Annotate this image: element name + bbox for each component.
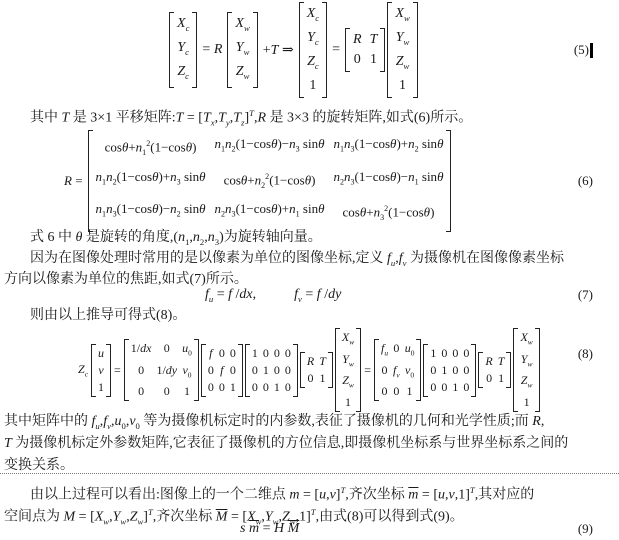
- document-page[interactable]: XcYcZc = R XwYwZw +T ⇒ XcYcZc1 = RT01 Xw…: [0, 0, 619, 540]
- matrix-cells: 100001000010: [250, 344, 293, 397]
- equals-operator: =: [332, 42, 340, 58]
- matrix-cells: XwYwZw1: [518, 328, 534, 411]
- matrix-intrinsic-f: fu0u00fvv0001: [374, 339, 421, 401]
- matrix-rotation: cosθ+n12(1−cosθ)n1n2(1−cosθ)−n3 sinθn1n3…: [88, 130, 452, 233]
- right-bracket: [293, 344, 298, 397]
- equation-7: fu = f /dx, fv = f /dy (7): [0, 285, 619, 305]
- matrix-rt-block: RT01: [300, 352, 333, 388]
- matrix-rt-block: RT01: [478, 352, 511, 388]
- right-bracket: [506, 352, 511, 388]
- matrix-camera-xyz: XcYcZc: [169, 12, 197, 87]
- matrix-cells: RT01: [483, 352, 506, 388]
- matrix-cells: RT01: [305, 352, 328, 388]
- dotted-separator: [0, 473, 619, 474]
- matrix-cells: f000f0001: [206, 344, 238, 397]
- right-bracket: [194, 339, 199, 401]
- equals-operator: =: [364, 363, 371, 378]
- matrix-cells: XwYwZw1: [392, 2, 412, 97]
- equation-6: R = cosθ+n12(1−cosθ)n1n2(1−cosθ)−n3 sinθ…: [0, 138, 619, 224]
- equals-r-operator: = R: [202, 42, 222, 58]
- paragraph-intrinsic-params-line2: T 为摄像机标定外参数矩阵,它表征了摄像机的方位信息,即摄像机坐标系与世界坐标系…: [0, 433, 619, 454]
- equation-5: XcYcZc = R XwYwZw +T ⇒ XcYcZc1 = RT01 Xw…: [0, 2, 619, 98]
- equation-number-8: (8): [578, 346, 593, 362]
- right-bracket: [328, 352, 333, 388]
- paragraph-derivation: 则由以上推导可得式(8)。: [0, 305, 619, 326]
- equation-8: Zc uv1 = 1/dx0u001/dyv0001 f000f0001 100…: [0, 326, 619, 414]
- matrix-cells: uv1: [96, 344, 106, 397]
- matrix-focal: f000f0001: [201, 344, 243, 397]
- matrix-cells: XcYcZc: [174, 12, 192, 87]
- equation-number-9: (9): [578, 521, 593, 537]
- fv-definition: fv = f /dy: [294, 287, 341, 304]
- matrix-cells: 1/dx0u001/dyv0001: [129, 339, 194, 401]
- equals-operator: =: [114, 363, 121, 378]
- matrix-intrinsic-dx: 1/dx0u001/dyv0001: [124, 339, 199, 401]
- matrix-world-homogeneous: XwYwZw1: [387, 2, 417, 97]
- matrix-projection: 100001000010: [423, 344, 476, 397]
- matrix-cells: RT01: [350, 28, 380, 72]
- right-bracket: [238, 344, 243, 397]
- matrix-rt-block: RT01: [345, 28, 385, 72]
- right-bracket: [356, 328, 361, 411]
- matrix-cells: XcYcZc1: [304, 2, 322, 97]
- right-bracket: [413, 2, 418, 97]
- right-bracket: [322, 2, 327, 97]
- text-cursor: [590, 43, 593, 58]
- matrix-uv1: uv1: [91, 344, 111, 397]
- right-bracket: [192, 12, 197, 87]
- matrix-projection: 100001000010: [245, 344, 298, 397]
- zc-scalar: Zc: [78, 362, 88, 378]
- matrix-world-xyz: XwYwZw: [227, 12, 257, 87]
- equation-number-7: (7): [578, 287, 593, 303]
- homography-equation: s m = H M: [240, 521, 299, 537]
- equation-number-6: (6): [578, 173, 593, 189]
- equation-9: s m = H M (9): [0, 519, 619, 539]
- right-bracket: [380, 28, 385, 72]
- matrix-world-homogeneous: XwYwZw1: [513, 328, 539, 411]
- fu-definition: fu = f /dx,: [205, 287, 256, 304]
- right-bracket: [446, 130, 451, 233]
- right-bracket: [106, 344, 111, 397]
- matrix-cells: cosθ+n12(1−cosθ)n1n2(1−cosθ)−n3 sinθn1n3…: [93, 130, 447, 233]
- right-bracket: [253, 12, 258, 87]
- right-bracket: [535, 328, 540, 411]
- r-equals-lhs: R =: [64, 173, 83, 189]
- matrix-cells: XwYwZw1: [340, 328, 356, 411]
- matrix-world-homogeneous: XwYwZw1: [335, 328, 361, 411]
- matrix-cells: 100001000010: [428, 344, 471, 397]
- matrix-cells: fu0u00fvv0001: [379, 339, 416, 401]
- equation-number-5: (5): [574, 42, 589, 58]
- matrix-camera-homogeneous: XcYcZc1: [299, 2, 327, 97]
- right-bracket: [416, 339, 421, 401]
- right-bracket: [471, 344, 476, 397]
- matrix-cells: XwYwZw: [232, 12, 252, 87]
- plus-t-implies-operator: +T ⇒: [263, 42, 294, 59]
